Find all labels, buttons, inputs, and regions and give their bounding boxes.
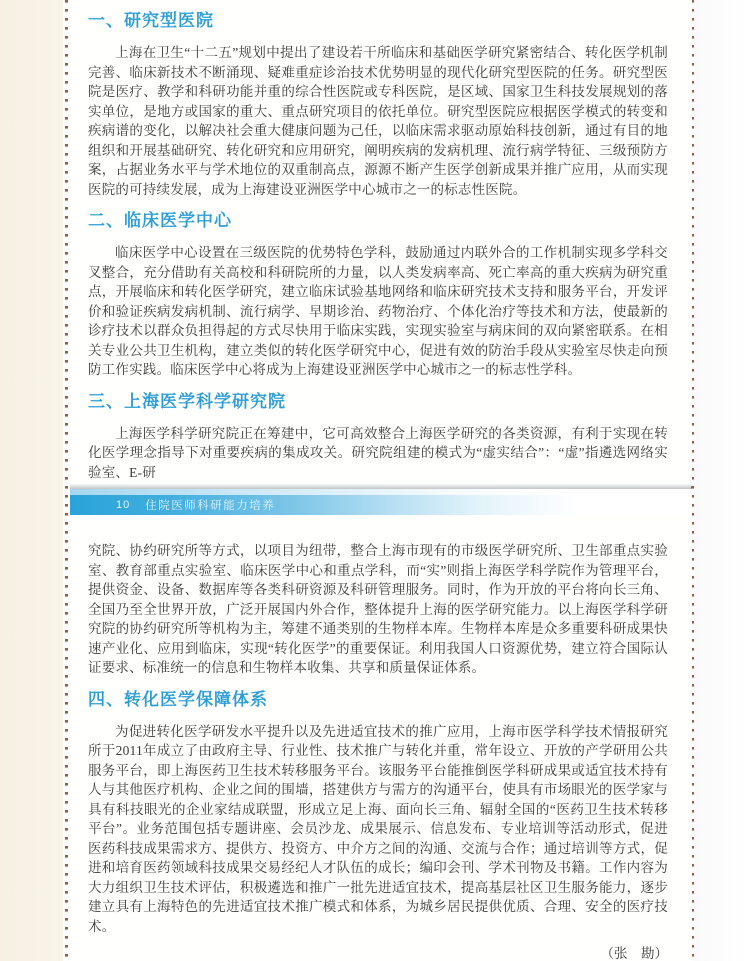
body-paragraph-continuation: 究院、协约研究所等方式，以项目为纽带，整合上海市现有的市级医学研究所、卫生部重点…: [88, 541, 668, 678]
running-header-bar: 10 住院医师科研能力培养: [70, 495, 692, 515]
running-title: 住院医师科研能力培养: [145, 497, 275, 513]
body-paragraph: 为促进转化医学研发水平提升以及先进适宜技术的推广应用，上海市医学科学技术情报研究…: [88, 722, 668, 937]
page-top-content: 一、研究型医院 上海在卫生“十二五”规划中提出了建设若干所临床和基础医学研究紧密…: [70, 0, 692, 482]
right-margin-strip: [694, 0, 750, 961]
body-paragraph: 临床医学中心设置在三级医院的优势特色学科，鼓励通过内联外合的工作机制实现多学科交…: [88, 243, 668, 380]
page-bottom-content: 究院、协约研究所等方式，以项目为纽带，整合上海市现有的市级医学研究所、卫生部重点…: [70, 515, 692, 961]
section-heading: 四、转化医学保障体系: [88, 690, 668, 710]
section-heading: 三、上海医学科学研究院: [88, 392, 668, 412]
page-bottom: 10 住院医师科研能力培养 究院、协约研究所等方式，以项目为纽带，整合上海市现有…: [70, 489, 692, 961]
body-paragraph: 上海在卫生“十二五”规划中提出了建设若干所临床和基础医学研究紧密结合、转化医学机…: [88, 43, 668, 199]
section-heading: 二、临床医学中心: [88, 211, 668, 231]
left-dotted-border: [65, 0, 68, 961]
book-viewer: 一、研究型医院 上海在卫生“十二五”规划中提出了建设若干所临床和基础医学研究紧密…: [0, 0, 750, 961]
body-paragraph: 上海医学科学研究院正在筹建中，它可高效整合上海医学研究的各类资源，有利于实现在转…: [88, 424, 668, 483]
left-margin-strip: [0, 0, 63, 961]
author-credit: （张 勘）: [88, 944, 668, 961]
page-number: 10: [116, 499, 130, 511]
section-heading: 一、研究型医院: [88, 11, 668, 31]
page-top: 一、研究型医院 上海在卫生“十二五”规划中提出了建设若干所临床和基础医学研究紧密…: [70, 0, 692, 484]
